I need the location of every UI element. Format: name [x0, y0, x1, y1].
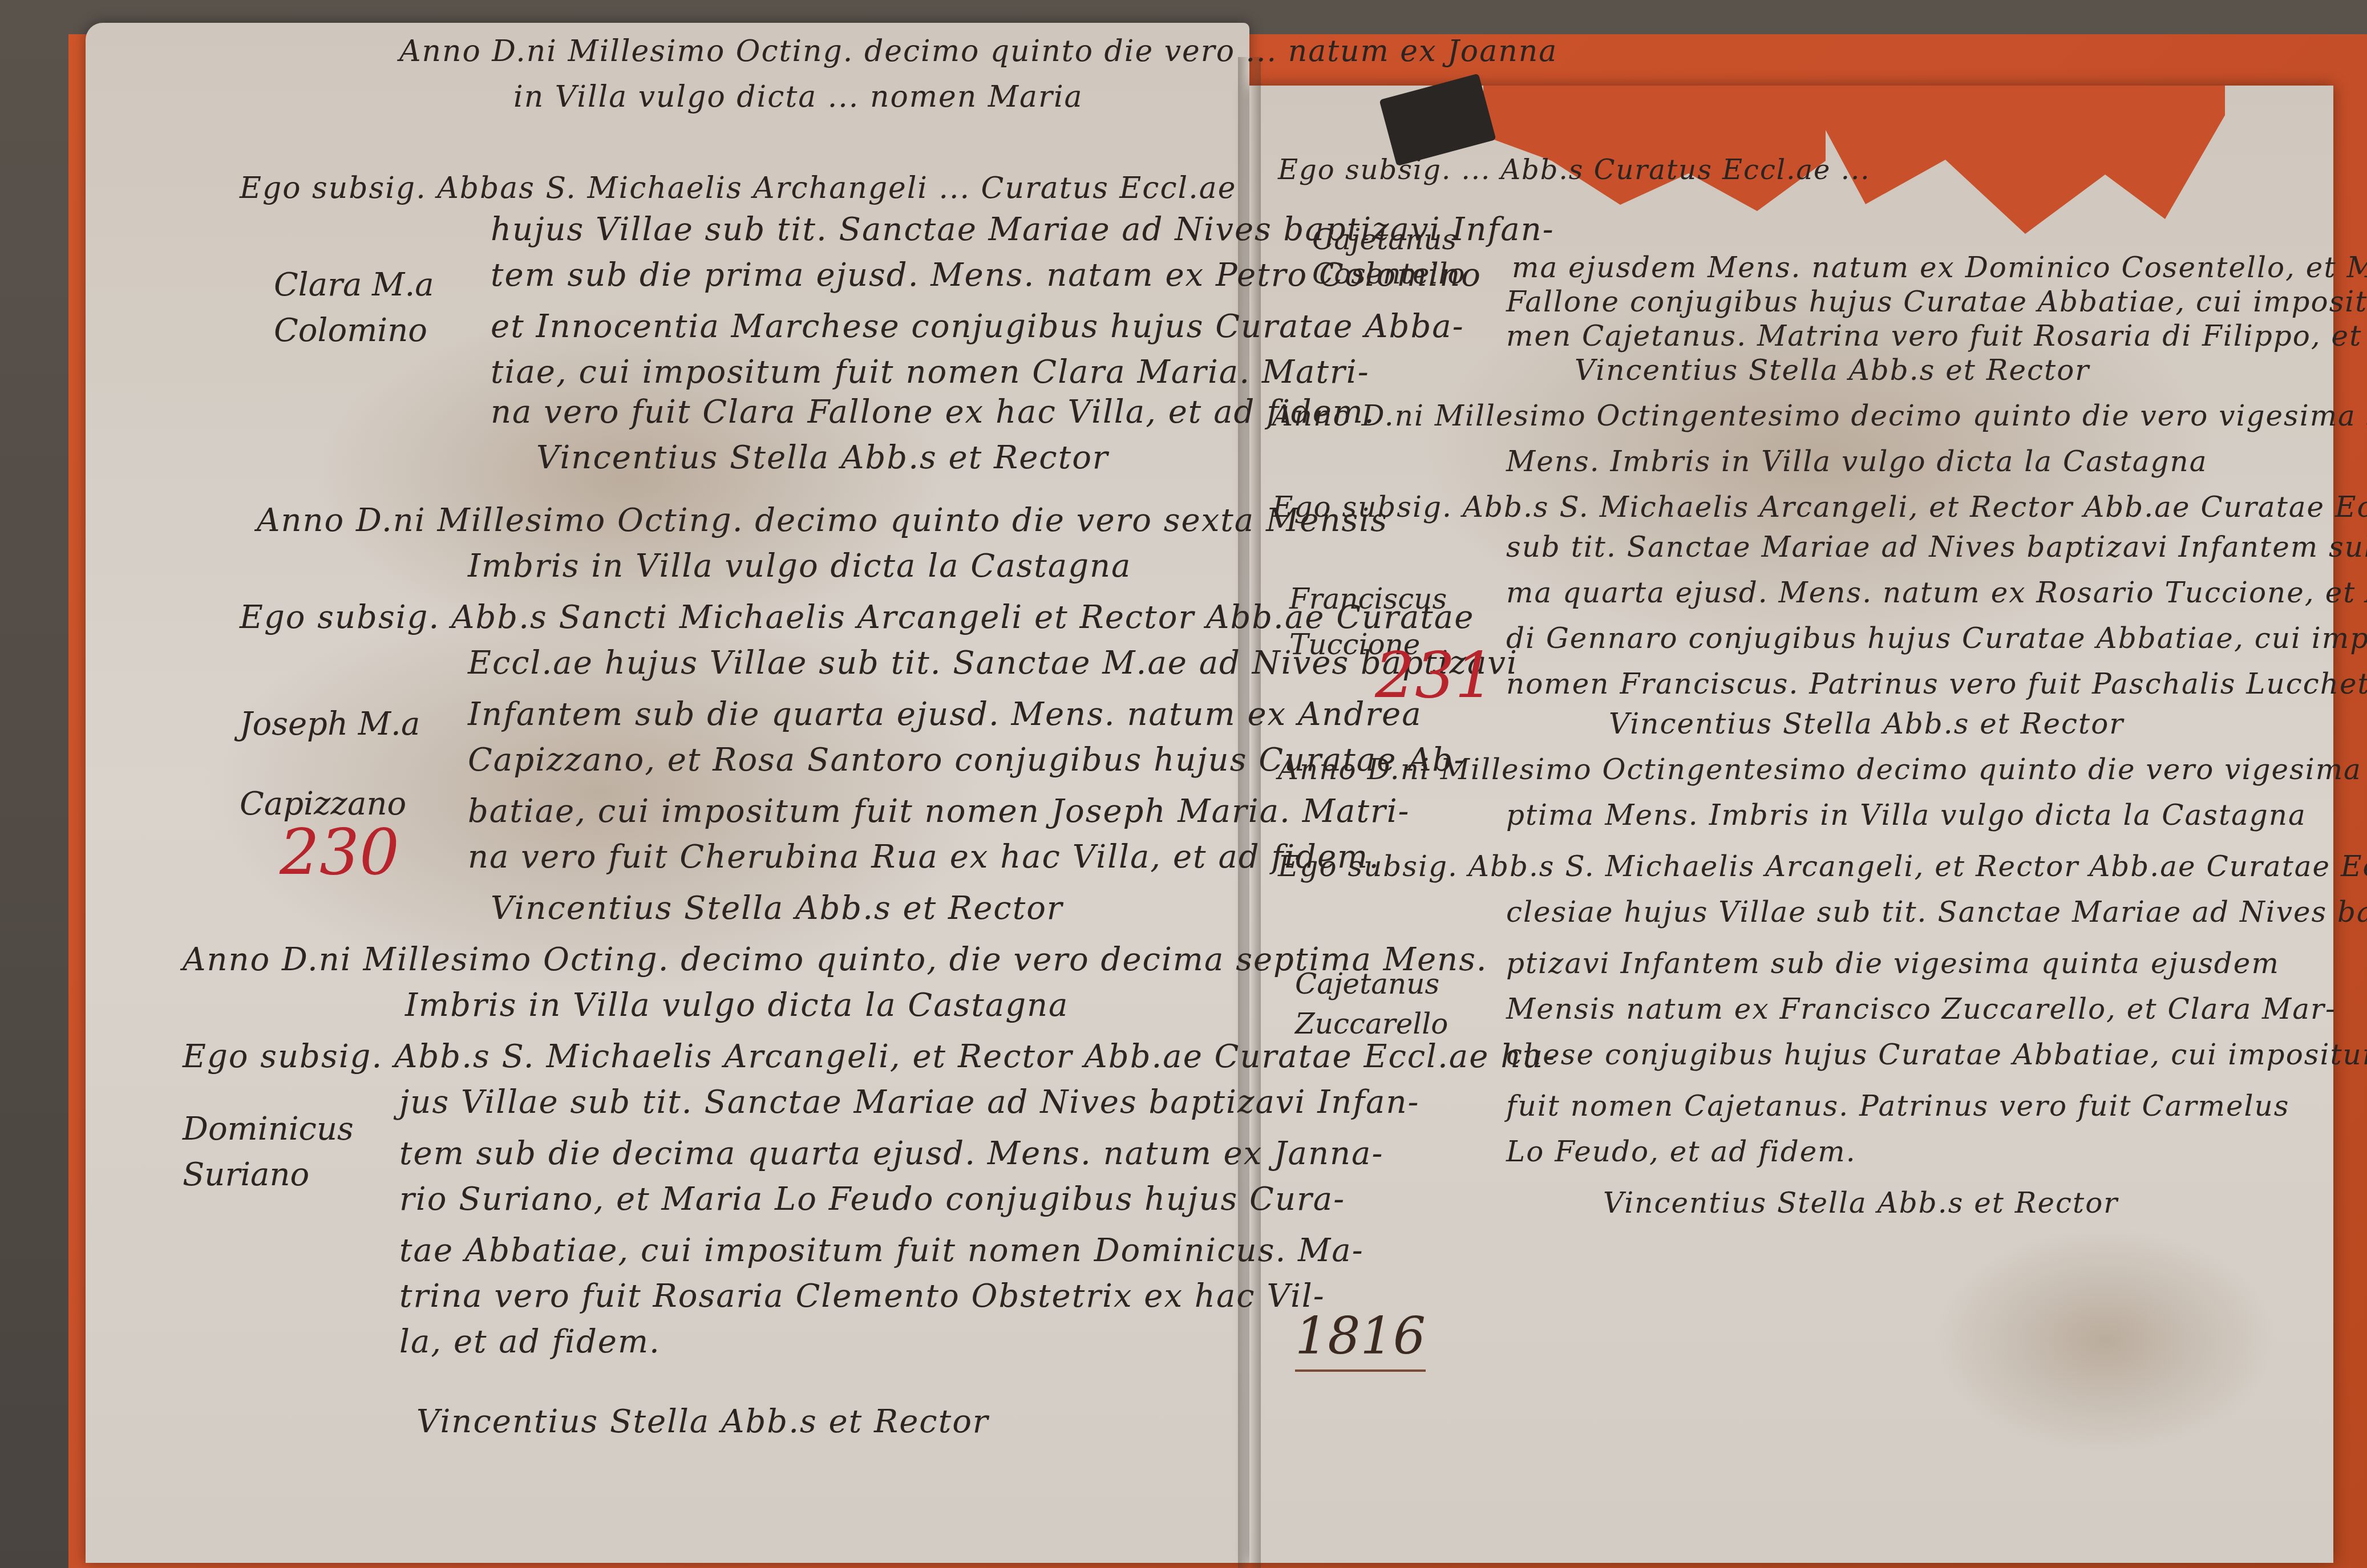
text-line: batiae, cui impositum fuit nomen Joseph … [468, 793, 1410, 830]
text-line: Ego subsig. Abbas S. Michaelis Archangel… [240, 171, 1236, 205]
signature: Vincentius Stella Abb.s et Rector [1609, 707, 2124, 740]
text-line: clesiae hujus Villae sub tit. Sanctae Ma… [1506, 896, 2367, 929]
signature: Vincentius Stella Abb.s et Rector [1575, 354, 2090, 387]
water-stain [1934, 1226, 2276, 1454]
text-line: ma quarta ejusd. Mens. natum ex Rosario … [1506, 576, 2367, 609]
text-line: Anno D.ni Millesimo Octingentesimo decim… [1278, 753, 2367, 786]
text-line: Imbris in Villa vulgo dicta la Castagna [468, 548, 1132, 585]
text-line: Ego subsig. ... Abb.s Curatus Eccl.ae ..… [1278, 154, 1870, 186]
text-line: na vero fuit Cherubina Rua ex hac Villa,… [468, 838, 1380, 876]
signature: Vincentius Stella Abb.s et Rector [536, 439, 1109, 476]
text-line: Anno D.ni Millesimo Octingentesimo decim… [1272, 399, 2367, 432]
text-line: chese conjugibus hujus Curatae Abbatiae,… [1506, 1038, 2367, 1071]
signature: Vincentius Stella Abb.s et Rector [1603, 1186, 2118, 1219]
year-annotation: 1816 [1295, 1306, 1426, 1372]
text-line: trina vero fuit Rosaria Clemento Obstetr… [399, 1278, 1325, 1315]
margin-name: Cajetanus Zuccarello [1295, 964, 1448, 1044]
text-line: na vero fuit Clara Fallone ex hac Villa,… [491, 394, 1375, 431]
text-line: fuit nomen Cajetanus. Patrinus vero fuit… [1506, 1089, 2289, 1123]
text-line: et Innocentia Marchese conjugibus hujus … [491, 308, 1464, 345]
text-line: di Gennaro conjugibus hujus Curatae Abba… [1506, 622, 2367, 655]
text-line: Mens. Imbris in Villa vulgo dicta la Cas… [1506, 445, 2208, 478]
text-line: nomen Franciscus. Patrinus vero fuit Pas… [1506, 667, 2367, 700]
text-line: sub tit. Sanctae Mariae ad Nives baptiza… [1506, 530, 2367, 564]
text-line: tem sub die decima quarta ejusd. Mens. n… [399, 1135, 1383, 1172]
text-line: Ego subsig. Abb.s S. Michaelis Arcangeli… [1272, 491, 2367, 524]
text-line: Fallone conjugibus hujus Curatae Abbatia… [1506, 285, 2367, 318]
text-line: tae Abbatiae, cui impositum fuit nomen D… [399, 1232, 1364, 1269]
text-line: Infantem sub die quarta ejusd. Mens. nat… [468, 696, 1422, 733]
text-line: Imbris in Villa vulgo dicta la Castagna [405, 987, 1069, 1024]
text-line: Anno D.ni Millesimo Octing. decimo quint… [399, 34, 1557, 68]
text-line: Mensis natum ex Francisco Zuccarello, et… [1506, 992, 2336, 1026]
text-line: ma ejusdem Mens. natum ex Dominico Cosen… [1512, 251, 2367, 284]
text-line: men Cajetanus. Matrina vero fuit Rosaria… [1506, 319, 2367, 353]
text-line: ptima Mens. Imbris in Villa vulgo dicta … [1506, 799, 2307, 832]
margin-name: Dominicus Suriano [183, 1107, 354, 1198]
text-line: tiae, cui impositum fuit nomen Clara Mar… [491, 354, 1370, 391]
text-line: jus Villae sub tit. Sanctae Mariae ad Ni… [399, 1084, 1420, 1121]
margin-name: Clara M.a Colomino [274, 262, 434, 354]
text-line: Lo Feudo, et ad fidem. [1506, 1135, 1856, 1168]
signature: Vincentius Stella Abb.s et Rector [416, 1403, 989, 1440]
text-line: Anno D.ni Millesimo Octing. decimo quint… [183, 941, 1488, 978]
text-line: Anno D.ni Millesimo Octing. decimo quint… [257, 502, 1388, 539]
text-line: ptizavi Infantem sub die vigesima quinta… [1506, 947, 2280, 980]
margin-name: Cajetanus Cosentello [1312, 222, 1465, 291]
text-line: Ego subsig. Abb.s S. Michaelis Arcangeli… [1278, 850, 2367, 883]
entry-number: 230 [280, 816, 399, 889]
text-line: la, et ad fidem. [399, 1323, 661, 1360]
signature: Vincentius Stella Abb.s et Rector [491, 890, 1063, 927]
entry-number: 231 [1375, 639, 1495, 712]
text-line: in Villa vulgo dicta ... nomen Maria [513, 80, 1083, 114]
text-line: rio Suriano, et Maria Lo Feudo conjugibu… [399, 1181, 1345, 1218]
